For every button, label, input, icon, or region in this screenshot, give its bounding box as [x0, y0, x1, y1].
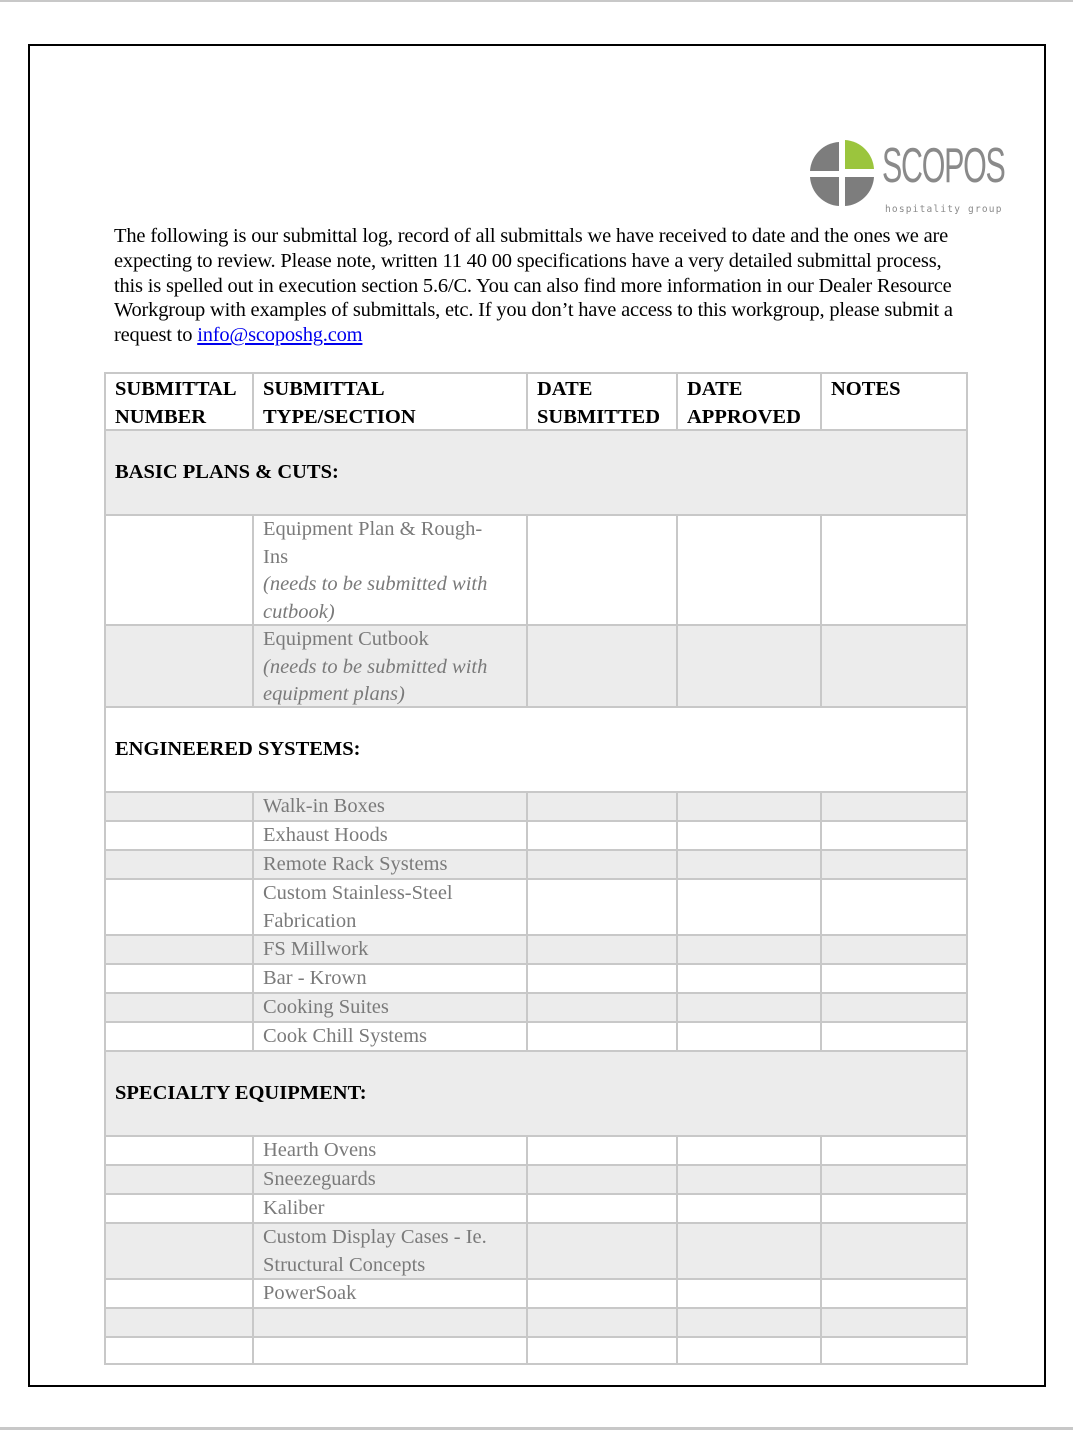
table-row: Exhaust Hoods — [104, 820, 968, 849]
table-header-row: SUBMITTALNUMBERSUBMITTALTYPE/SECTIONDATE… — [104, 372, 968, 429]
top-divider — [0, 0, 1073, 2]
table-row: PowerSoak — [104, 1278, 968, 1307]
column-header: DATESUBMITTED — [526, 372, 676, 429]
item-label: Structural Concepts — [263, 1252, 517, 1280]
submittal-type-cell: Hearth Ovens — [252, 1135, 526, 1164]
submittal-number-cell[interactable] — [104, 1164, 252, 1193]
date-submitted-cell[interactable] — [526, 963, 676, 992]
column-header: NOTES — [820, 372, 968, 429]
submittal-type-cell: PowerSoak — [252, 1278, 526, 1307]
date-submitted-cell[interactable] — [526, 1135, 676, 1164]
notes-cell[interactable] — [820, 1164, 968, 1193]
item-label: Equipment Plan & Rough- — [263, 516, 517, 544]
date-submitted-cell[interactable] — [526, 624, 676, 706]
date-approved-cell[interactable] — [676, 514, 820, 624]
item-label: Hearth Ovens — [263, 1137, 517, 1165]
notes-cell[interactable] — [820, 1278, 968, 1307]
logo-wordmark: SCOPOS — [882, 142, 1005, 191]
date-submitted-cell[interactable] — [526, 820, 676, 849]
submittal-number-cell[interactable] — [104, 1336, 252, 1365]
notes-cell[interactable] — [820, 1021, 968, 1050]
submittal-number-cell[interactable] — [104, 514, 252, 624]
notes-cell[interactable] — [820, 992, 968, 1021]
item-label: Custom Stainless-Steel — [263, 880, 517, 908]
table-row: Cooking Suites — [104, 992, 968, 1021]
submittal-type-cell: Equipment Cutbook(needs to be submitted … — [252, 624, 526, 706]
table-row: Bar - Krown — [104, 963, 968, 992]
date-submitted-cell[interactable] — [526, 992, 676, 1021]
item-label: Equipment Cutbook — [263, 626, 517, 654]
email-link[interactable]: info@scoposhg.com — [197, 324, 362, 346]
section-title: ENGINEERED SYSTEMS: — [104, 706, 968, 791]
table-row: Custom Display Cases - Ie.Structural Con… — [104, 1222, 968, 1278]
submittal-number-cell[interactable] — [104, 1021, 252, 1050]
section-row: SPECIALTY EQUIPMENT: — [104, 1050, 968, 1135]
notes-cell[interactable] — [820, 934, 968, 963]
submittal-type-cell: Sneezeguards — [252, 1164, 526, 1193]
table-row — [104, 1336, 968, 1365]
item-label: Bar - Krown — [263, 965, 517, 993]
date-approved-cell[interactable] — [676, 791, 820, 820]
submittal-number-cell[interactable] — [104, 1135, 252, 1164]
submittal-type-cell: Exhaust Hoods — [252, 820, 526, 849]
date-submitted-cell[interactable] — [526, 1336, 676, 1365]
date-approved-cell[interactable] — [676, 878, 820, 934]
submittal-type-cell — [252, 1336, 526, 1365]
table-row: Custom Stainless-SteelFabrication — [104, 878, 968, 934]
table-row: FS Millwork — [104, 934, 968, 963]
submittal-number-cell[interactable] — [104, 934, 252, 963]
submittal-number-cell[interactable] — [104, 878, 252, 934]
date-approved-cell[interactable] — [676, 1135, 820, 1164]
submittal-type-cell: Cook Chill Systems — [252, 1021, 526, 1050]
date-approved-cell[interactable] — [676, 992, 820, 1021]
table-row: Cook Chill Systems — [104, 1021, 968, 1050]
date-approved-cell[interactable] — [676, 1021, 820, 1050]
table-row — [104, 1307, 968, 1336]
item-note: cutbook) — [263, 599, 517, 627]
submittal-number-cell[interactable] — [104, 963, 252, 992]
notes-cell[interactable] — [820, 1193, 968, 1222]
intro-paragraph: The following is our submittal log, reco… — [114, 224, 974, 348]
item-label: Kaliber — [263, 1195, 517, 1223]
submittal-number-cell[interactable] — [104, 791, 252, 820]
notes-cell[interactable] — [820, 514, 968, 624]
date-approved-cell[interactable] — [676, 624, 820, 706]
notes-cell[interactable] — [820, 1222, 968, 1278]
date-submitted-cell[interactable] — [526, 1307, 676, 1336]
date-submitted-cell[interactable] — [526, 514, 676, 624]
item-label: Remote Rack Systems — [263, 851, 517, 879]
table-row: Equipment Plan & Rough-Ins(needs to be s… — [104, 514, 968, 624]
submittal-number-cell[interactable] — [104, 820, 252, 849]
date-approved-cell[interactable] — [676, 963, 820, 992]
item-label: Exhaust Hoods — [263, 822, 517, 850]
date-submitted-cell[interactable] — [526, 934, 676, 963]
item-label: Fabrication — [263, 908, 517, 936]
table-row: Remote Rack Systems — [104, 849, 968, 878]
submittal-type-cell: Bar - Krown — [252, 963, 526, 992]
submittal-number-cell[interactable] — [104, 1222, 252, 1278]
submittal-number-cell[interactable] — [104, 1307, 252, 1336]
date-approved-cell[interactable] — [676, 1278, 820, 1307]
submittal-type-cell: Custom Display Cases - Ie.Structural Con… — [252, 1222, 526, 1278]
item-note: equipment plans) — [263, 681, 517, 709]
item-label: Cooking Suites — [263, 994, 517, 1022]
section-row: BASIC PLANS & CUTS: — [104, 429, 968, 514]
item-label: Ins — [263, 544, 517, 572]
submittal-type-cell: Walk-in Boxes — [252, 791, 526, 820]
date-approved-cell[interactable] — [676, 1307, 820, 1336]
notes-cell[interactable] — [820, 849, 968, 878]
item-note: (needs to be submitted with — [263, 654, 517, 682]
date-submitted-cell[interactable] — [526, 1193, 676, 1222]
submittal-number-cell[interactable] — [104, 849, 252, 878]
notes-cell[interactable] — [820, 1135, 968, 1164]
logo-tagline: hospitality group — [885, 204, 1003, 215]
notes-cell[interactable] — [820, 791, 968, 820]
submittal-type-cell: Equipment Plan & Rough-Ins(needs to be s… — [252, 514, 526, 624]
submittal-type-cell: FS Millwork — [252, 934, 526, 963]
item-note: (needs to be submitted with — [263, 571, 517, 599]
section-title: BASIC PLANS & CUTS: — [104, 429, 968, 514]
submittal-number-cell[interactable] — [104, 1193, 252, 1222]
submittal-type-cell — [252, 1307, 526, 1336]
date-submitted-cell[interactable] — [526, 1021, 676, 1050]
section-row: ENGINEERED SYSTEMS: — [104, 706, 968, 791]
date-submitted-cell[interactable] — [526, 1164, 676, 1193]
date-approved-cell[interactable] — [676, 1336, 820, 1365]
date-submitted-cell[interactable] — [526, 1278, 676, 1307]
submittal-type-cell: Cooking Suites — [252, 992, 526, 1021]
item-label: Cook Chill Systems — [263, 1023, 517, 1051]
submittal-number-cell[interactable] — [104, 992, 252, 1021]
notes-cell[interactable] — [820, 1336, 968, 1365]
table-row: Hearth Ovens — [104, 1135, 968, 1164]
column-header: SUBMITTALTYPE/SECTION — [252, 372, 526, 429]
date-approved-cell[interactable] — [676, 820, 820, 849]
item-label: PowerSoak — [263, 1280, 517, 1308]
section-title: SPECIALTY EQUIPMENT: — [104, 1050, 968, 1135]
submittal-number-cell[interactable] — [104, 624, 252, 706]
table-row: Equipment Cutbook(needs to be submitted … — [104, 624, 968, 706]
notes-cell[interactable] — [820, 624, 968, 706]
date-approved-cell[interactable] — [676, 934, 820, 963]
submittal-number-cell[interactable] — [104, 1278, 252, 1307]
date-submitted-cell[interactable] — [526, 1222, 676, 1278]
date-submitted-cell[interactable] — [526, 878, 676, 934]
notes-cell[interactable] — [820, 878, 968, 934]
date-submitted-cell[interactable] — [526, 849, 676, 878]
notes-cell[interactable] — [820, 1307, 968, 1336]
notes-cell[interactable] — [820, 820, 968, 849]
notes-cell[interactable] — [820, 963, 968, 992]
date-submitted-cell[interactable] — [526, 791, 676, 820]
item-label: Custom Display Cases - Ie. — [263, 1224, 517, 1252]
submittal-type-cell: Custom Stainless-SteelFabrication — [252, 878, 526, 934]
item-label: FS Millwork — [263, 936, 517, 964]
item-label: Sneezeguards — [263, 1166, 517, 1194]
submittal-type-cell: Kaliber — [252, 1193, 526, 1222]
date-approved-cell[interactable] — [676, 1193, 820, 1222]
submittal-type-cell: Remote Rack Systems — [252, 849, 526, 878]
column-header: DATEAPPROVED — [676, 372, 820, 429]
item-label: Walk-in Boxes — [263, 793, 517, 821]
table-row: Sneezeguards — [104, 1164, 968, 1193]
column-header: SUBMITTALNUMBER — [104, 372, 252, 429]
date-approved-cell[interactable] — [676, 1164, 820, 1193]
date-approved-cell[interactable] — [676, 849, 820, 878]
date-approved-cell[interactable] — [676, 1222, 820, 1278]
table-row: Walk-in Boxes — [104, 791, 968, 820]
table-row: Kaliber — [104, 1193, 968, 1222]
scopos-logo: SCOPOS hospitality group — [808, 140, 1008, 220]
logo-circle-icon — [808, 140, 876, 208]
